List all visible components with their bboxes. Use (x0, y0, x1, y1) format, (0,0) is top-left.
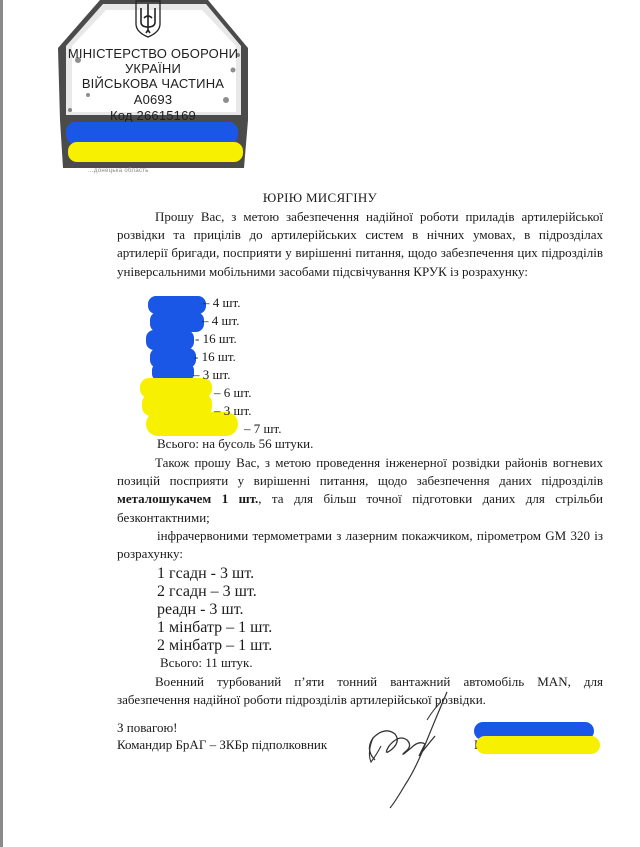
list-item: 2 гсадн – 3 шт. (157, 583, 257, 601)
list-item-qty: – 6 шт. (214, 385, 251, 401)
redaction-yellow-signer-name (476, 736, 600, 754)
redaction-blue (66, 122, 238, 144)
closing-phrase: З повагою! (117, 719, 178, 737)
handwritten-signature (355, 690, 465, 810)
list-item-qty: – 7 шт. (244, 421, 281, 437)
list-item: реадн - 3 шт. (157, 601, 244, 619)
redaction-blue (146, 330, 194, 350)
stamp-unit-label: ВІЙСЬКОВА ЧАСТИНА (58, 76, 248, 91)
total-lighting: Всього: на бусоль 56 штуки. (157, 436, 313, 452)
scan-edge (0, 0, 3, 847)
list-item-qty: - 16 шт. (194, 349, 236, 365)
stamp-code: Код 26615169 (58, 108, 248, 123)
official-stamp: МІНІСТЕРСТВО ОБОРОНИ УКРАЇНИ ВІЙСЬКОВА Ч… (58, 0, 248, 185)
list-item: 2 мінбатр – 1 шт. (157, 637, 272, 655)
stamp-footer: ...донецька область (88, 168, 149, 174)
stamp-unit-number: А0693 (58, 92, 248, 107)
paragraph-request-pyrometer: інфрачервоними термометрами з лазерним п… (117, 527, 603, 563)
list-item-qty: – 3 шт. (193, 367, 230, 383)
addressee: ЮРІЮ МИСЯГІНУ (0, 190, 640, 206)
redaction-blue (150, 312, 204, 332)
list-item: 1 мінбатр – 1 шт. (157, 619, 272, 637)
list-item: 1 гсадн - 3 шт. (157, 565, 254, 583)
total-pyrometers: Всього: 11 штук. (160, 655, 253, 671)
list-item-qty: – 3 шт. (214, 403, 251, 419)
signer-title: Командир БрАГ – ЗКБр підполковник (117, 737, 327, 753)
list-item-qty: – 4 шт. (202, 313, 239, 329)
trident-emblem-icon (133, 0, 163, 38)
stamp-ministry: МІНІСТЕРСТВО ОБОРОНИ (58, 46, 248, 61)
redaction-yellow (68, 142, 243, 162)
list-item-qty: – 4 шт. (203, 295, 240, 311)
stamp-country: УКРАЇНИ (58, 61, 248, 76)
list-item-qty: - 16 шт. (195, 331, 237, 347)
paragraph-request-metal-detector: Також прошу Вас, з метою проведення інже… (117, 454, 603, 527)
paragraph-request-lighting: Прошу Вас, з метою забезпечення надійної… (117, 208, 603, 281)
